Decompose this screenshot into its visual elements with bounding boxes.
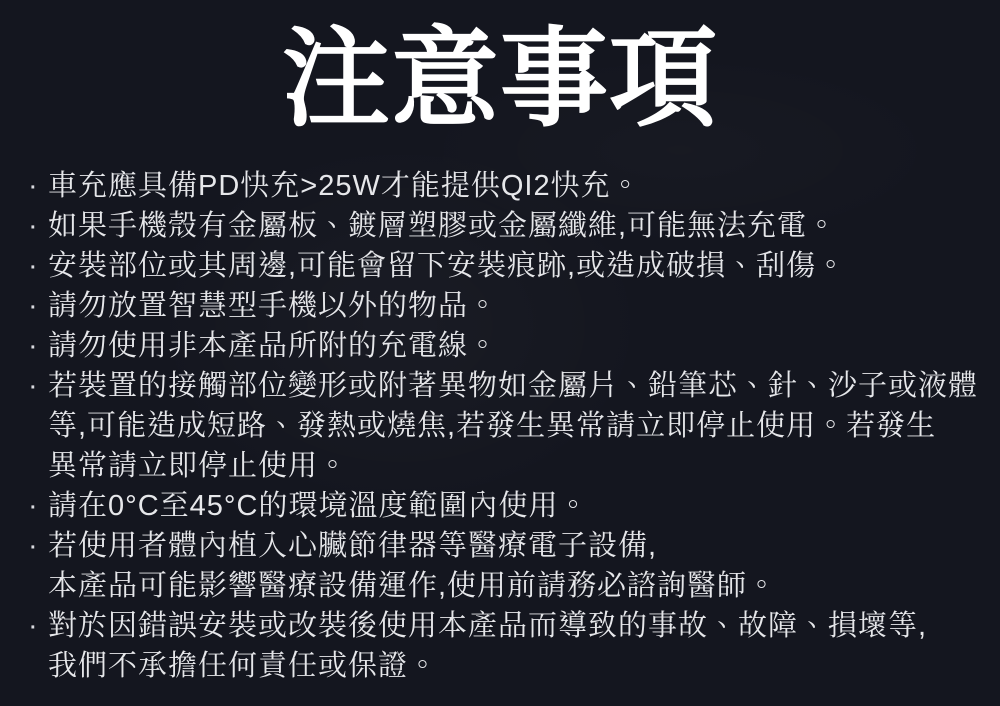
- bullet-dot: ·: [28, 486, 48, 526]
- note-item: · 請勿使用非本產品所附的充電線。: [28, 326, 992, 366]
- note-item: · 請勿放置智慧型手機以外的物品。: [28, 286, 992, 326]
- note-text: 若裝置的接觸部位變形或附著異物如金屬片、鉛筆芯、針、沙子或液體 等,可能造成短路…: [48, 366, 992, 486]
- note-item: · 如果手機殼有金屬板、鍍層塑膠或金屬纖維,可能無法充電。: [28, 206, 992, 246]
- bullet-dot: ·: [28, 366, 48, 406]
- note-item: · 安裝部位或其周邊,可能會留下安裝痕跡,或造成破損、刮傷。: [28, 246, 992, 286]
- bullet-dot: ·: [28, 326, 48, 366]
- bullet-dot: ·: [28, 286, 48, 326]
- bullet-dot: ·: [28, 246, 48, 286]
- note-item: · 若使用者體內植入心臟節律器等醫療電子設備, 本產品可能影響醫療設備運作,使用…: [28, 526, 992, 606]
- note-item: · 對於因錯誤安裝或改裝後使用本產品而導致的事故、故障、損壞等, 我們不承擔任何…: [28, 606, 992, 686]
- note-text: 若使用者體內植入心臟節律器等醫療電子設備, 本產品可能影響醫療設備運作,使用前請…: [48, 526, 992, 606]
- page-title: 注意事項: [0, 0, 1000, 138]
- bullet-dot: ·: [28, 206, 48, 246]
- note-text: 請勿使用非本產品所附的充電線。: [48, 326, 992, 366]
- note-text: 對於因錯誤安裝或改裝後使用本產品而導致的事故、故障、損壞等, 我們不承擔任何責任…: [48, 606, 992, 686]
- bullet-dot: ·: [28, 166, 48, 206]
- note-text: 安裝部位或其周邊,可能會留下安裝痕跡,或造成破損、刮傷。: [48, 246, 992, 286]
- note-text: 車充應具備PD快充>25W才能提供QI2快充。: [48, 166, 992, 206]
- precautions-page: 注意事項 · 車充應具備PD快充>25W才能提供QI2快充。 · 如果手機殼有金…: [0, 0, 1000, 706]
- note-item: · 車充應具備PD快充>25W才能提供QI2快充。: [28, 166, 992, 206]
- note-text: 如果手機殼有金屬板、鍍層塑膠或金屬纖維,可能無法充電。: [48, 206, 992, 246]
- bullet-dot: ·: [28, 606, 48, 646]
- note-item: · 若裝置的接觸部位變形或附著異物如金屬片、鉛筆芯、針、沙子或液體 等,可能造成…: [28, 366, 992, 486]
- note-text: 請在0°C至45°C的環境溫度範圍內使用。: [48, 486, 992, 526]
- bullet-dot: ·: [28, 526, 48, 566]
- note-item: · 請在0°C至45°C的環境溫度範圍內使用。: [28, 486, 992, 526]
- note-text: 請勿放置智慧型手機以外的物品。: [48, 286, 992, 326]
- notes-list: · 車充應具備PD快充>25W才能提供QI2快充。 · 如果手機殼有金屬板、鍍層…: [0, 166, 1000, 686]
